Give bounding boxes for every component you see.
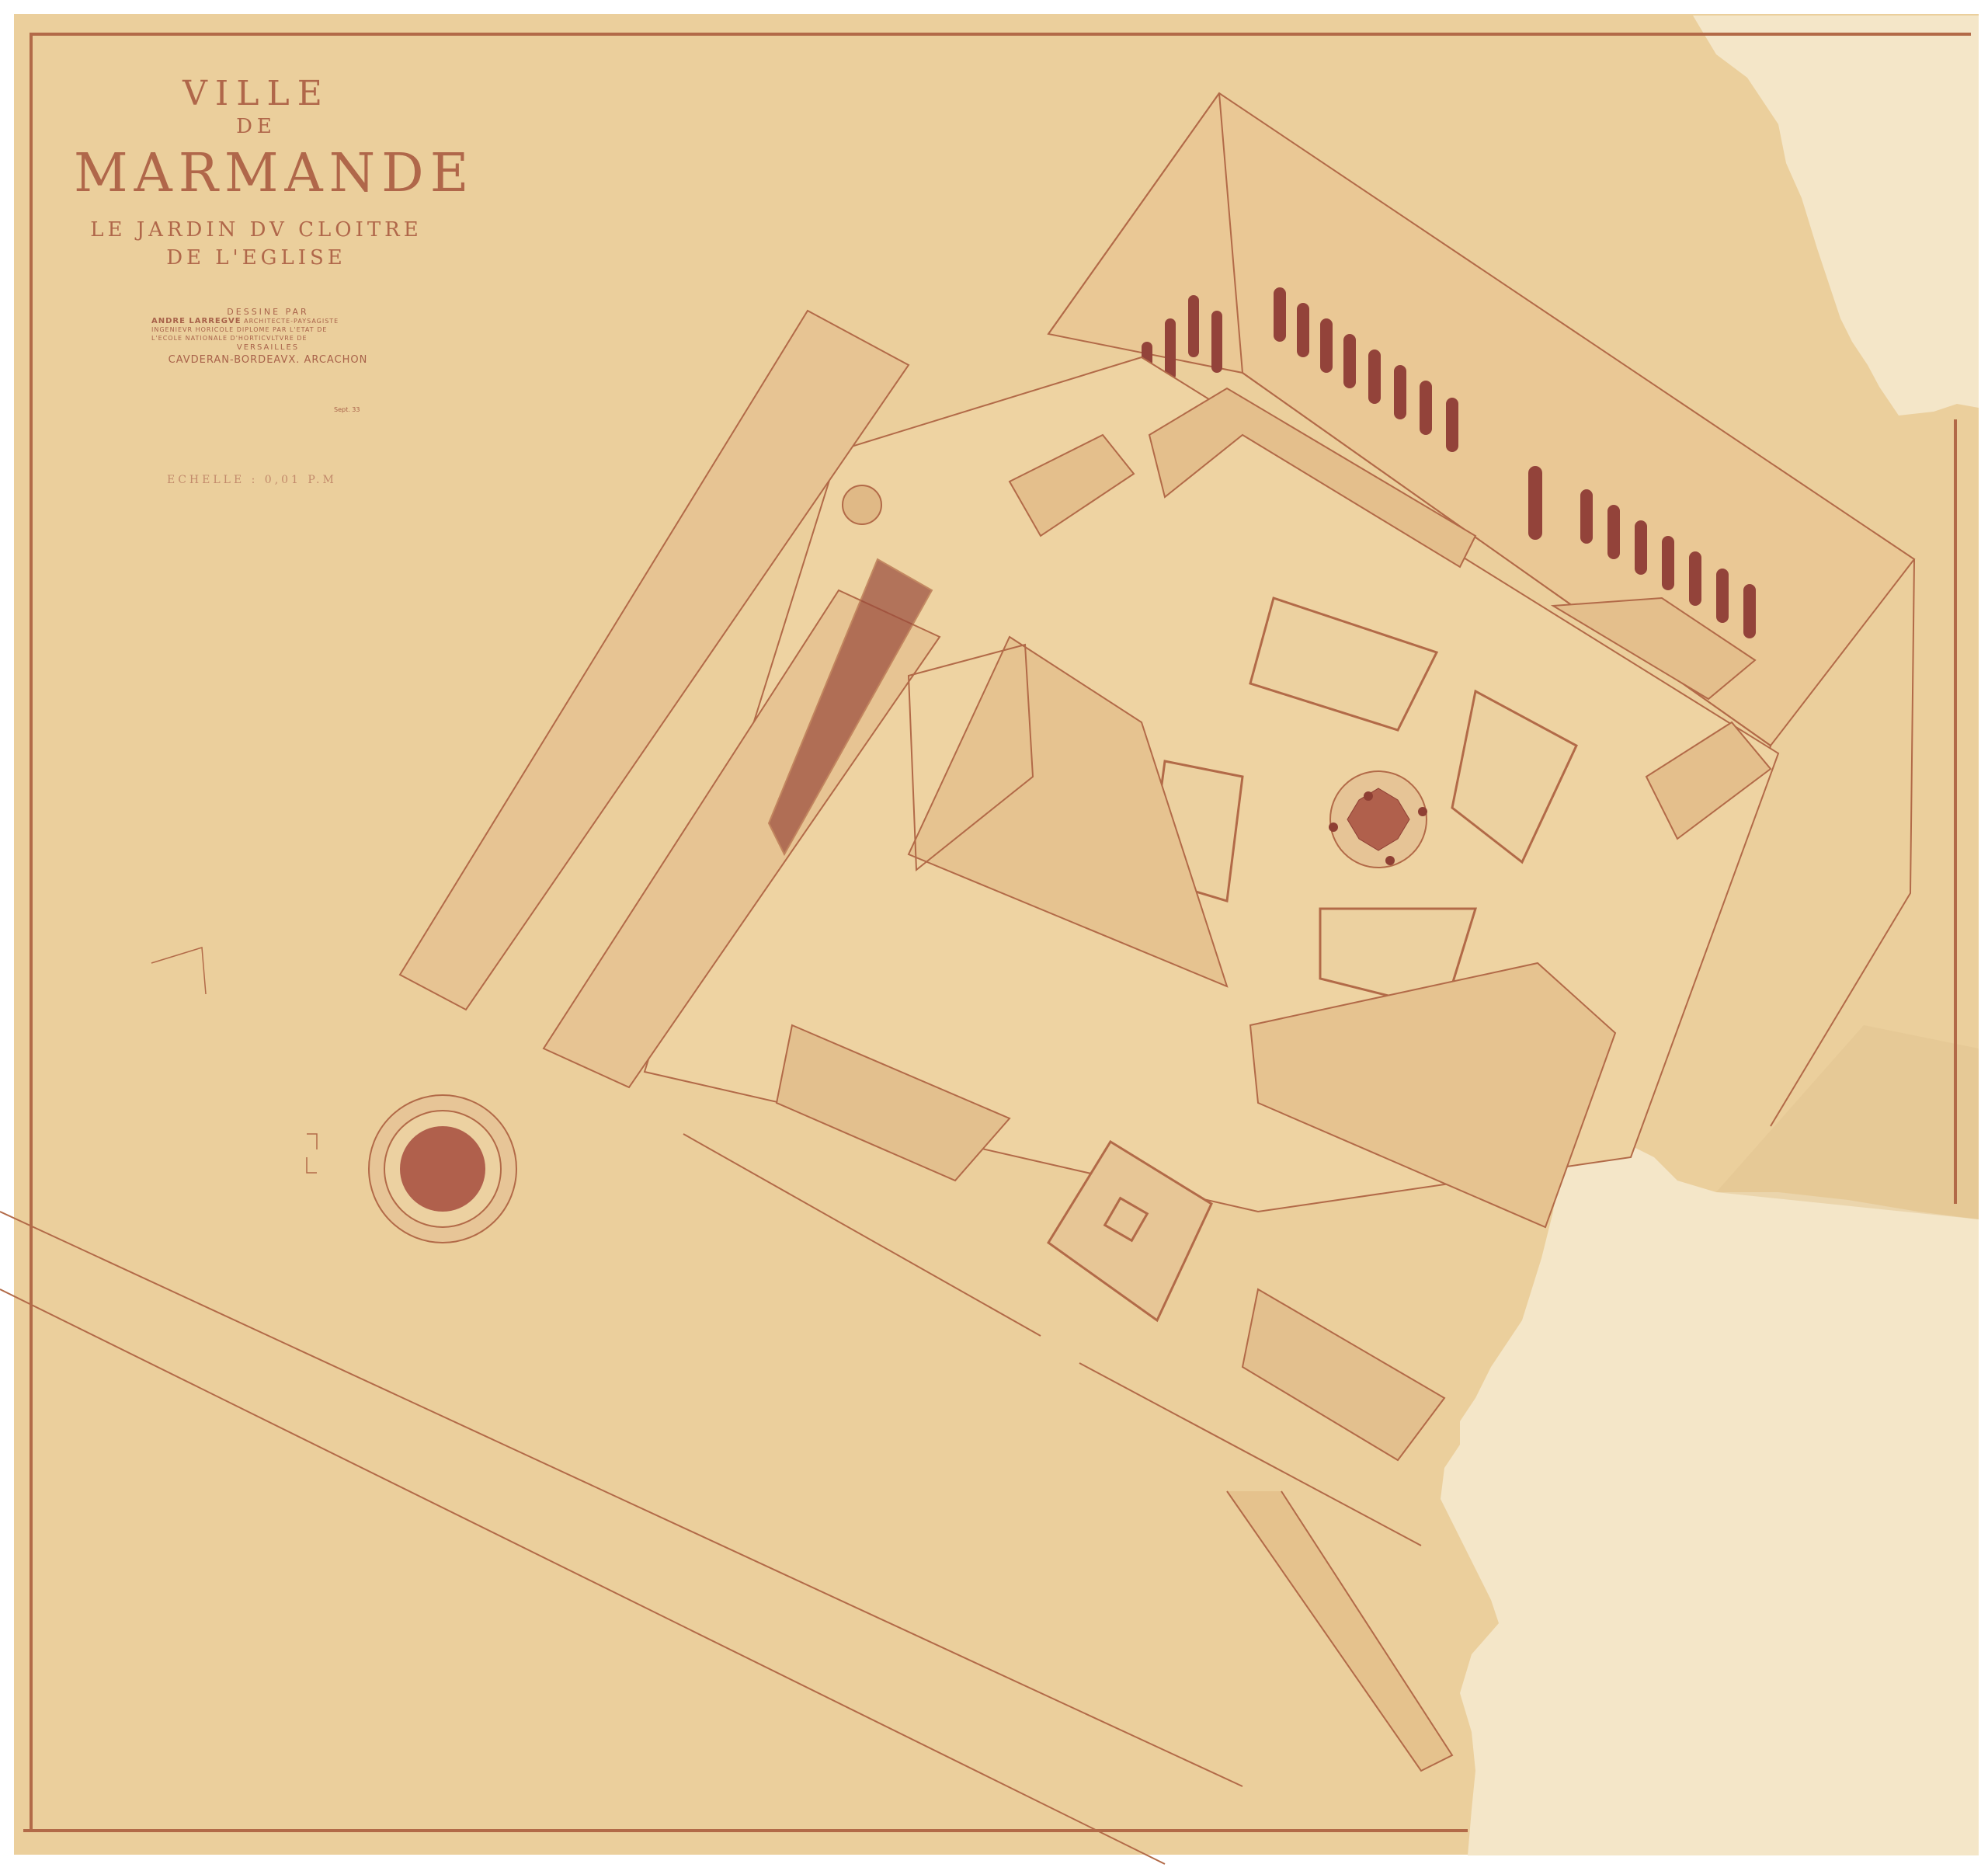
credits-line-b: INGENIEVR HORICOLE DIPLOME PAR L'ETAT DE xyxy=(151,325,384,334)
credits-line-c: L'ECOLE NATIONALE D'HORTICVLTVRE DE xyxy=(151,334,384,343)
boundary-wall-and-stairs xyxy=(0,1134,1452,1864)
title-de: DE xyxy=(74,115,439,138)
credits-drawn-by: DESSINE PAR xyxy=(151,307,384,317)
signature-date: Sept. 33 xyxy=(334,406,360,413)
survey-marks xyxy=(151,948,317,1173)
torn-area-top-right xyxy=(1693,16,1979,416)
torn-area-bottom-right xyxy=(1441,1134,1979,1855)
credits-line-a: ANDRE LARREGVE ARCHITECTE-PAYSAGISTE xyxy=(151,317,384,325)
credits-places: CAVDERAN-BORDEAVX. ARCACHON xyxy=(151,354,384,366)
central-fountain xyxy=(1329,771,1427,868)
credits-block: DESSINE PAR ANDRE LARREGVE ARCHITECTE-PA… xyxy=(151,307,384,366)
border-right xyxy=(1954,419,1957,1204)
stain-band xyxy=(1716,1025,1979,1219)
garden-plan-drawing xyxy=(0,0,1988,1871)
border-top xyxy=(30,33,1971,36)
outer-fountain xyxy=(369,1095,516,1243)
architect-name: ANDRE LARREGVE xyxy=(151,317,242,325)
credits-versailles: VERSAILLES xyxy=(151,343,384,352)
border-left xyxy=(30,33,33,1831)
title-marmande: MARMANDE xyxy=(74,143,439,204)
title-block: VILLE DE MARMANDE LE JARDIN DV CLOITRE D… xyxy=(74,74,439,270)
architect-title: ARCHITECTE-PAYSAGISTE xyxy=(242,318,339,325)
title-ville: VILLE xyxy=(74,74,439,113)
scale-label: ECHELLE : 0,01 P.M xyxy=(167,474,337,486)
border-bottom xyxy=(23,1829,1468,1832)
title-subtitle: LE JARDIN DV CLOITRE xyxy=(74,218,439,242)
title-subtitle-2: DE L'EGLISE xyxy=(74,246,439,270)
